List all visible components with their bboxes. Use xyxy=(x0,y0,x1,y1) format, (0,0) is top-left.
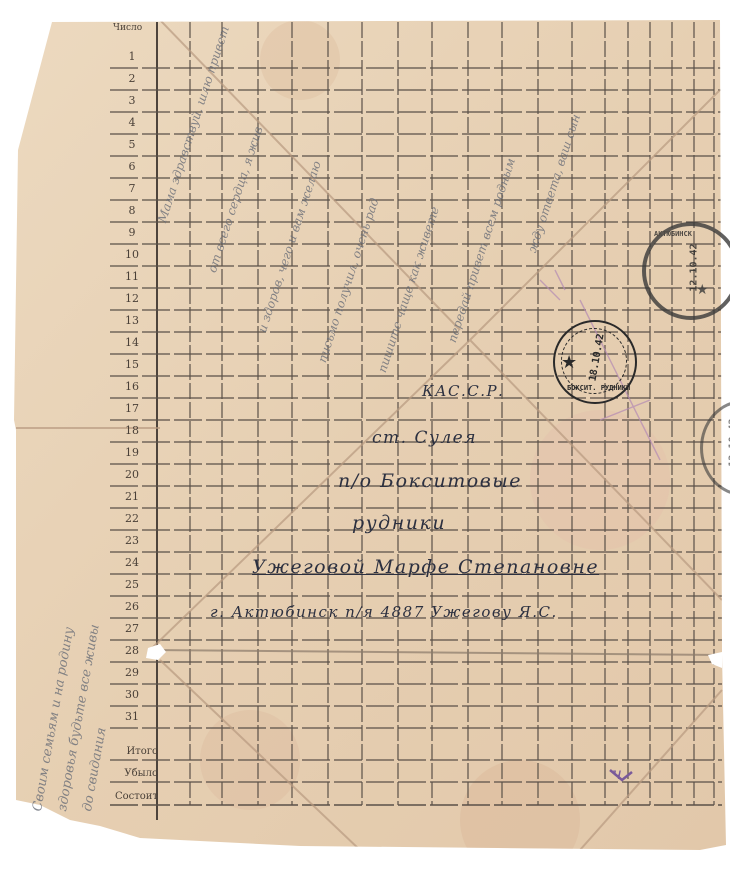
body-line: передай привет всем родным xyxy=(445,156,518,344)
row-number: 30 xyxy=(108,688,156,701)
row-number: 27 xyxy=(108,622,156,635)
row-number: 22 xyxy=(108,512,156,525)
body-line: жду ответа, ваш сын xyxy=(525,112,583,254)
address-line-3: п/о Бокситовые xyxy=(338,470,522,492)
row-number: 31 xyxy=(108,710,156,723)
letter-body: Мама здравствуй, шлю привет от всего сер… xyxy=(165,40,635,460)
row-number: 13 xyxy=(108,314,156,327)
row-number: 12 xyxy=(108,292,156,305)
sender-line: г. Актюбинск п/я 4887 Ужегову Я.С. xyxy=(210,603,558,621)
row-number: 16 xyxy=(108,380,156,393)
summary-row-present: Состоит xyxy=(92,791,158,802)
row-number: 28 xyxy=(108,644,156,657)
row-number: 3 xyxy=(108,94,156,107)
postmark-stamp: 18.10.42 БОКСИТ. РУДНИКИ ★ xyxy=(553,320,637,404)
row-number: 25 xyxy=(108,578,156,591)
ledger-column-header: Число xyxy=(113,23,142,33)
row-number: 21 xyxy=(108,490,156,503)
row-number: 10 xyxy=(108,248,156,261)
address-line-4: рудники xyxy=(352,512,446,534)
row-number: 8 xyxy=(108,204,156,217)
body-line: пишите чаще как живете xyxy=(375,205,442,374)
row-number: 7 xyxy=(108,182,156,195)
row-number: 17 xyxy=(108,402,156,415)
body-line: и здоров, чего и вам желаю xyxy=(255,159,324,334)
row-number: 2 xyxy=(108,72,156,85)
row-number: 19 xyxy=(108,446,156,459)
postmark-stamp: 12.10.42 АКТЮБИНСК ★ xyxy=(642,222,730,320)
star-icon: ★ xyxy=(561,352,577,373)
row-number: 4 xyxy=(108,116,156,129)
row-number: 20 xyxy=(108,468,156,481)
row-number: 29 xyxy=(108,666,156,679)
row-number: 5 xyxy=(108,138,156,151)
address-line-2: ст. Сулея xyxy=(372,428,477,448)
row-number: 6 xyxy=(108,160,156,173)
letter-sheet: Число 1 2 3 4 5 6 7 8 9 10 11 12 13 14 1… xyxy=(0,0,730,876)
row-number: 11 xyxy=(108,270,156,283)
row-number: 15 xyxy=(108,358,156,371)
postmark-text: АКТЮБИНСК xyxy=(654,230,692,238)
row-number: 23 xyxy=(108,534,156,547)
postmark-text: БОКСИТ. РУДНИКИ xyxy=(567,384,630,392)
row-number: 18 xyxy=(108,424,156,437)
body-line: Мама здравствуй, шлю привет xyxy=(155,24,232,224)
row-number: 26 xyxy=(108,600,156,613)
row-number: 14 xyxy=(108,336,156,349)
row-number: 1 xyxy=(108,50,156,63)
violet-mark: ч xyxy=(612,764,622,783)
address-line-1: КАС.С.Р. xyxy=(422,382,504,400)
body-line: от всего сердца, я жив xyxy=(205,125,266,275)
star-icon: ★ xyxy=(696,282,709,298)
row-number: 24 xyxy=(108,556,156,569)
row-number: 9 xyxy=(108,226,156,239)
body-line: письмо получил, очень рад xyxy=(315,196,382,364)
recipient-name: Ужеговой Марфе Степановне xyxy=(252,556,599,578)
